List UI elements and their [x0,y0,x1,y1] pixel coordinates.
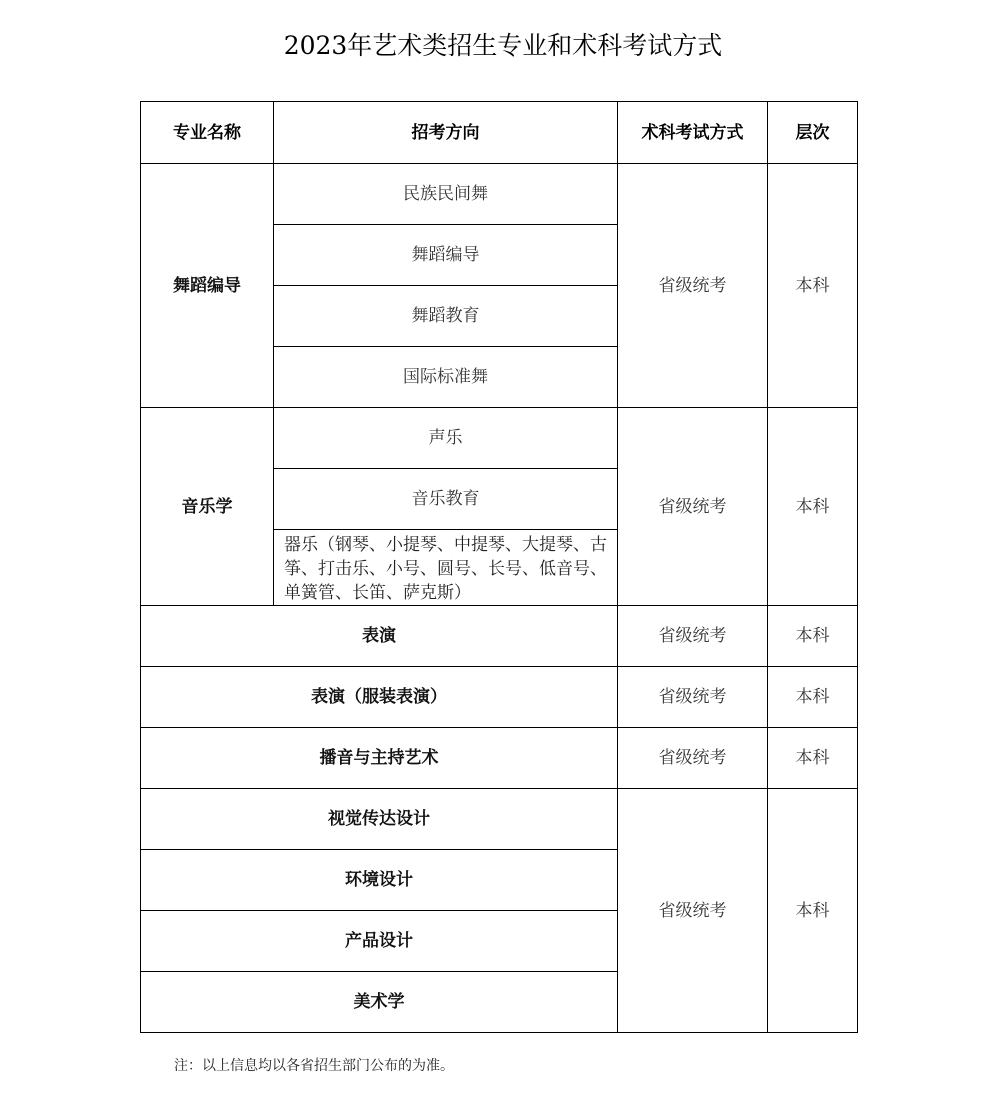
table-row: 表演 省级统考 本科 [141,606,858,667]
header-direction: 招考方向 [274,102,618,164]
direction-cell: 舞蹈编导 [274,225,618,286]
major-cell: 美术学 [141,972,618,1033]
table-row: 舞蹈编导 民族民间舞 省级统考 本科 [141,164,858,225]
direction-cell: 民族民间舞 [274,164,618,225]
table-row: 播音与主持艺术 省级统考 本科 [141,728,858,789]
table-header-row: 专业名称 招考方向 术科考试方式 层次 [141,102,858,164]
major-cell: 音乐学 [141,408,274,606]
table-row: 表演（服装表演） 省级统考 本科 [141,667,858,728]
table-row: 音乐学 声乐 省级统考 本科 [141,408,858,469]
direction-cell: 舞蹈教育 [274,286,618,347]
exam-cell: 省级统考 [618,789,768,1033]
direction-cell: 音乐教育 [274,469,618,530]
exam-cell: 省级统考 [618,728,768,789]
major-cell: 视觉传达设计 [141,789,618,850]
exam-cell: 省级统考 [618,667,768,728]
exam-cell: 省级统考 [618,408,768,606]
major-cell: 舞蹈编导 [141,164,274,408]
level-cell: 本科 [768,606,858,667]
major-cell: 环境设计 [141,850,618,911]
major-cell: 播音与主持艺术 [141,728,618,789]
direction-cell: 声乐 [274,408,618,469]
footnote: 注：以上信息均以各省招生部门公布的为准。 [174,1055,454,1075]
level-cell: 本科 [768,408,858,606]
direction-cell-instruments: 器乐（钢琴、小提琴、中提琴、大提琴、古筝、打击乐、小号、圆号、长号、低音号、单簧… [274,530,618,606]
exam-cell: 省级统考 [618,164,768,408]
direction-cell: 国际标准舞 [274,347,618,408]
level-cell: 本科 [768,164,858,408]
table-row: 视觉传达设计 省级统考 本科 [141,789,858,850]
major-cell: 产品设计 [141,911,618,972]
level-cell: 本科 [768,667,858,728]
level-cell: 本科 [768,789,858,1033]
header-level: 层次 [768,102,858,164]
level-cell: 本科 [768,728,858,789]
page-title: 2023年艺术类招生专业和术科考试方式 [0,28,1006,64]
admissions-table: 专业名称 招考方向 术科考试方式 层次 舞蹈编导 民族民间舞 省级统考 本科 舞… [140,101,858,1033]
header-major: 专业名称 [141,102,274,164]
exam-cell: 省级统考 [618,606,768,667]
header-exam-method: 术科考试方式 [618,102,768,164]
major-cell: 表演（服装表演） [141,667,618,728]
major-cell: 表演 [141,606,618,667]
